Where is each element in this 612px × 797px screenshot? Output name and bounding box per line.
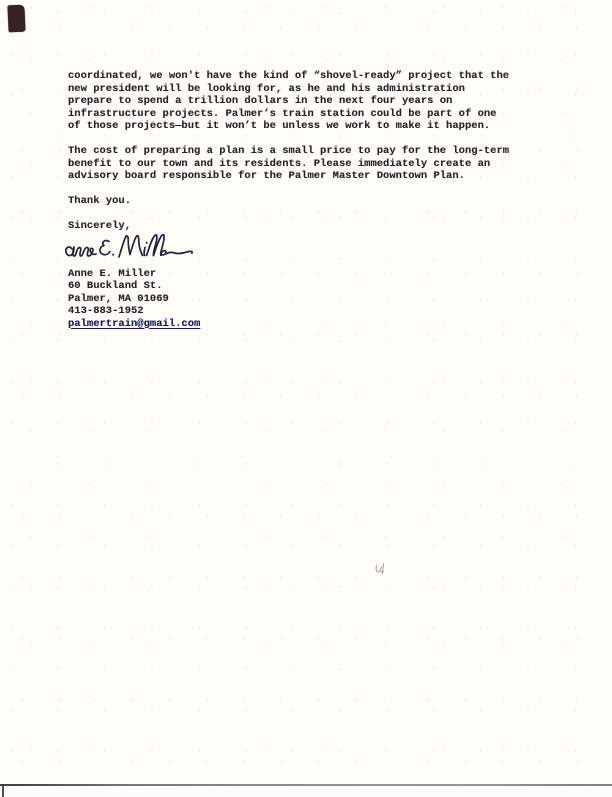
letter-line: benefit to our town and its residents. P… (68, 158, 548, 171)
pencil-scribble-mark (373, 561, 390, 578)
letter-content: coordinated, we won't have the kind of “… (68, 70, 548, 330)
sender-phone: 413-883-1952 (68, 305, 548, 318)
paragraph-spacer (68, 133, 548, 146)
page-bottom-edge-line (0, 784, 612, 786)
letter-line: advisory board responsible for the Palme… (68, 170, 548, 183)
letter-line: prepare to spend a trillion dollars in t… (68, 95, 548, 108)
paragraph-1: coordinated, we won't have the kind of “… (68, 70, 548, 133)
sender-street: 60 Buckland St. (68, 280, 548, 293)
page-bottom-corner-tick (2, 786, 4, 797)
thank-you-line: Thank you. (68, 195, 548, 208)
letter-line: infrastructure projects. Palmer’s train … (68, 108, 548, 121)
signature-area (68, 233, 548, 268)
sender-name: Anne E. Miller (68, 268, 548, 281)
handwritten-signature-image (63, 230, 195, 262)
sender-email-line: palmertrain@gmail.com (68, 318, 548, 331)
email-link[interactable]: palmertrain@gmail.com (68, 318, 200, 330)
letter-line: The cost of preparing a plan is a small … (68, 145, 548, 158)
paragraph-2: The cost of preparing a plan is a small … (68, 145, 548, 183)
paragraph-spacer (68, 208, 548, 221)
paragraph-spacer (68, 183, 548, 196)
sender-city-state-zip: Palmer, MA 01069 (68, 293, 548, 306)
scan-artifact-corner-mark (7, 5, 25, 33)
letter-line: coordinated, we won't have the kind of “… (68, 70, 548, 83)
scanned-letter-page: coordinated, we won't have the kind of “… (0, 0, 612, 797)
letter-line: of those projects—but it won’t be unless… (68, 120, 548, 133)
scanner-bed-background (0, 786, 612, 797)
letter-line: new president will be looking for, as he… (68, 83, 548, 96)
